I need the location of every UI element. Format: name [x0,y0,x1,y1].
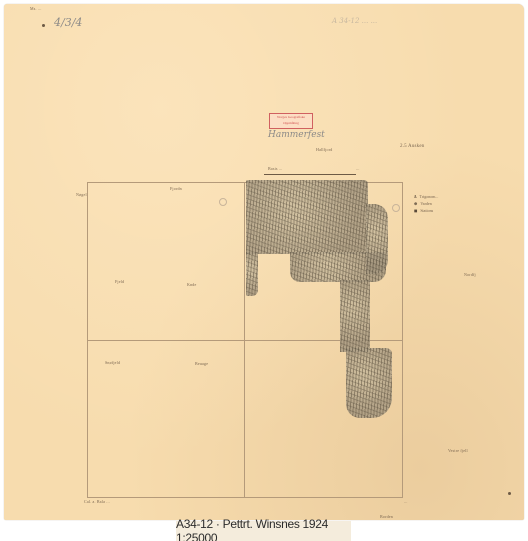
scale-note-left: Basis ... [268,166,282,171]
legend-item: ΔTrigonom... [414,194,438,199]
place-label: Beuage [195,361,208,366]
corner-label-bottom-right: ... [404,499,408,504]
place-label: Nordfj [464,272,476,277]
place-label: Fjeld [115,279,124,284]
label-center-point: Hallfjord [316,147,332,152]
place-label: Vestre fjell [448,448,468,453]
terrain-west-lobe [246,252,258,296]
legend-item: ◼Stations [414,208,433,213]
survey-circle [219,198,227,206]
scale-note-right: ... [356,166,360,171]
map-sheet: Ms. ... 4/3/4 A 34-12 ... ... Norges Geo… [4,4,524,520]
top-left-note: Ms. ... [30,6,42,11]
top-left-signature: 4/3/4 [54,16,82,29]
place-label: Knde [187,282,196,287]
grid-bottom [87,497,403,498]
pin-dot [42,24,45,27]
survey-circle [392,204,400,212]
label-right-point: 2.5 Ausken [400,144,425,149]
archive-stamp: Norges Geografiske Oppmåling [269,113,313,129]
terrain-valley [340,280,370,352]
place-label: Snøfjeld [105,360,120,365]
terrain-upper [246,180,368,254]
pin-dot [508,492,511,495]
place-label: Borden [380,514,393,519]
scale-bar [264,174,356,175]
legend-item: ⊕Varden [414,201,432,206]
corner-label-bottom-left: Cal. a. Bala ... [84,499,110,504]
terrain-east-bulge [366,204,388,274]
terrain-south [346,348,392,418]
map-caption: A34-12 · Pettrt. Winsnes 1924 1:25000 [176,521,351,541]
handwritten-title: Hammerfest [268,130,325,140]
place-label: Nøgel [76,192,87,197]
top-right-note: A 34-12 ... ... [332,17,377,25]
place-label: Fjordn [170,186,182,191]
